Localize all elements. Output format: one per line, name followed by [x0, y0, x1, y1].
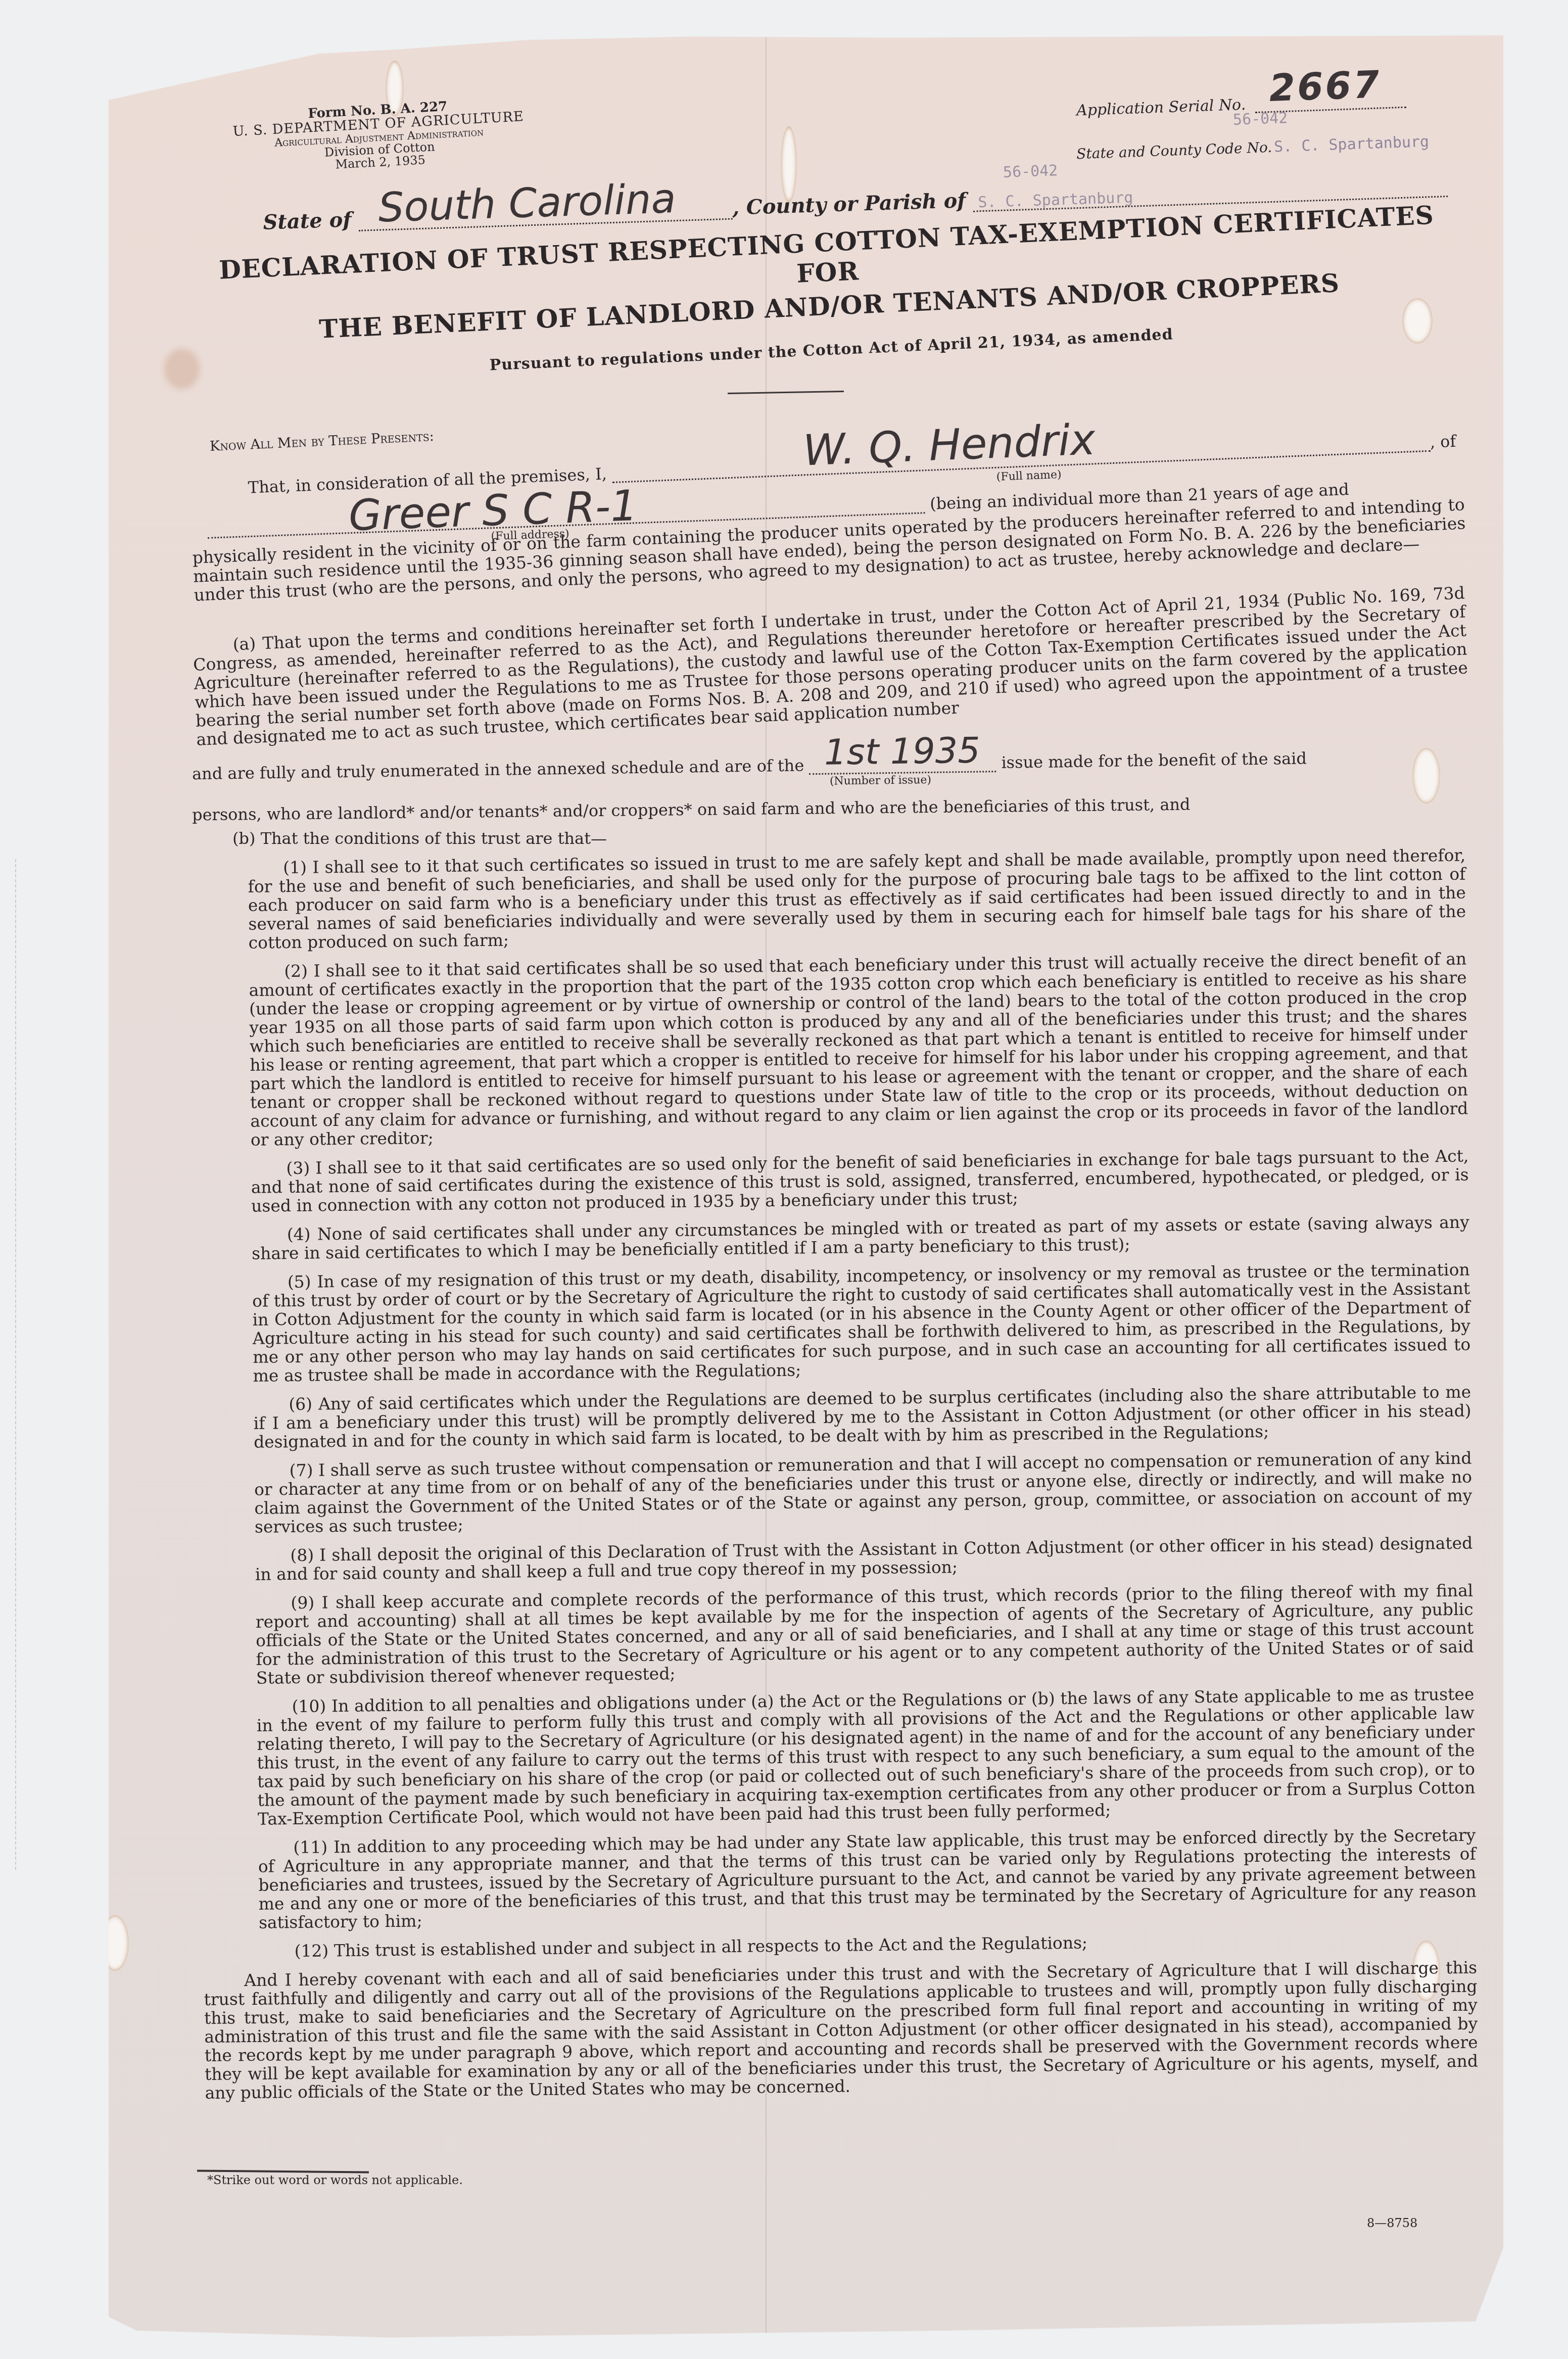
- print-code: 8—8758: [1367, 2216, 1417, 2230]
- condition-1: (1) I shall see to it that such certific…: [248, 846, 1466, 952]
- condition-9: (9) I shall keep accurate and complete r…: [255, 1581, 1474, 1687]
- condition-12: (12) This trust is established under and…: [259, 1929, 1477, 1960]
- covenant: And I hereby covenant with each and all …: [204, 1958, 1479, 2102]
- issue-number-value: 1st 1935: [824, 730, 980, 773]
- condition-7: (7) I shall serve as such trustee withou…: [254, 1449, 1472, 1536]
- of-text: , of: [1430, 432, 1456, 452]
- full-name-value: W. Q. Hendrix: [802, 414, 1096, 475]
- condition-6: (6) Any of said certificates which under…: [253, 1383, 1471, 1451]
- issue-caption: (Number of issue): [830, 774, 932, 788]
- serial-value: 2667: [1268, 63, 1382, 110]
- issue-number-field[interactable]: 1st 1935(Number of issue): [809, 754, 996, 775]
- punch-hole: [101, 1915, 129, 1971]
- conditions-list: (1) I shall see to it that such certific…: [192, 846, 1479, 2113]
- full-name-caption: (Full name): [996, 468, 1062, 484]
- state-value: South Carolina: [377, 175, 676, 231]
- clause-b: (b) That the conditions of this trust ar…: [232, 829, 607, 848]
- footnote: *Strike out word or words not applicable…: [207, 2173, 463, 2187]
- condition-4: (4) None of said certificates shall unde…: [252, 1213, 1470, 1263]
- condition-11: (11) In addition to any proceeding which…: [258, 1826, 1477, 1932]
- condition-2: (2) I shall see to it that said certific…: [249, 950, 1468, 1149]
- punch-hole: [781, 126, 797, 202]
- condition-8: (8) I shall deposit the original of this…: [255, 1534, 1473, 1584]
- condition-5: (5) In case of my resignation of this tr…: [252, 1260, 1471, 1385]
- county-code-number-stamp: 56-042: [1003, 162, 1058, 181]
- stain: [164, 349, 200, 389]
- serial-stamp: 56-042: [1232, 109, 1288, 129]
- edge-marks: [15, 859, 20, 1870]
- state-label: State of: [263, 208, 352, 234]
- condition-3: (3) I shall see to it that said certific…: [251, 1147, 1469, 1215]
- condition-10: (10) In addition to all penalties and ob…: [256, 1685, 1476, 1828]
